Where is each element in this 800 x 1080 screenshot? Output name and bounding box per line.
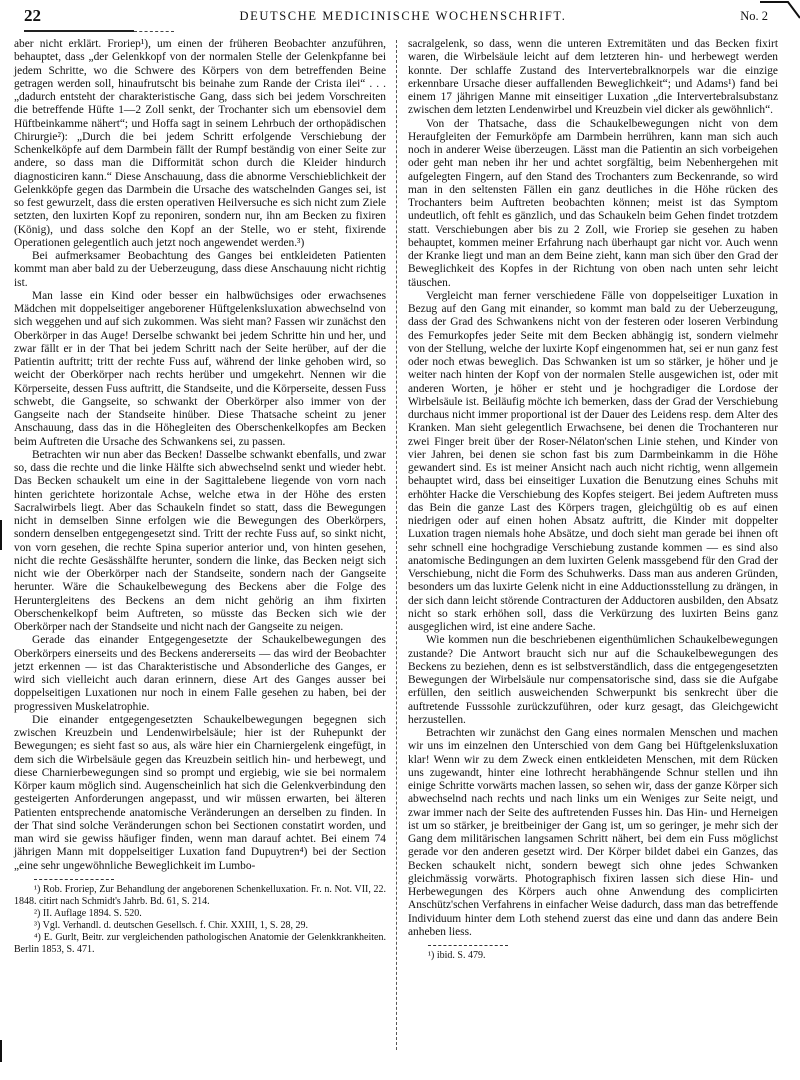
paragraph: Betrachten wir nun aber das Becken! Dass…: [14, 449, 386, 635]
scan-edge-mark: [0, 520, 2, 550]
header-rule: [24, 30, 134, 32]
footnote-rule: [34, 879, 114, 880]
header-rule-dashed: [134, 31, 174, 32]
footnotes: ¹) Rob. Froriep, Zur Behandlung der ange…: [14, 879, 386, 956]
left-column: aber nicht erklärt. Froriep¹), um einen …: [14, 38, 386, 956]
footnote: ³) Vgl. Verhandl. d. deutschen Gesellsch…: [14, 920, 386, 932]
journal-title: DEUTSCHE MEDICINISCHE WOCHENSCHRIFT.: [24, 9, 782, 24]
footnote: ¹) ibid. S. 479.: [408, 950, 778, 962]
folded-corner-icon: [760, 0, 800, 22]
paragraph: Betrachten wir zunächst den Gang eines n…: [408, 727, 778, 939]
paragraph: Wie kommen nun die beschriebenen eigenth…: [408, 634, 778, 727]
paragraph: Gerade das einander Entgegengesetzte der…: [14, 634, 386, 714]
newspaper-page: 22 DEUTSCHE MEDICINISCHE WOCHENSCHRIFT. …: [0, 0, 800, 1080]
paragraph: Von der Thatsache, dass die Schaukelbewe…: [408, 118, 778, 290]
paragraph: Die einander entgegengesetzten Schaukelb…: [14, 714, 386, 873]
paragraph: Bei aufmerksamer Beobachtung des Ganges …: [14, 250, 386, 290]
footnote: ¹) Rob. Froriep, Zur Behandlung der ange…: [14, 884, 386, 908]
footnotes: ¹) ibid. S. 479.: [408, 945, 778, 962]
footnote-rule: [428, 945, 508, 946]
paragraph: Man lasse ein Kind oder besser ein halbw…: [14, 290, 386, 449]
page-header: 22 DEUTSCHE MEDICINISCHE WOCHENSCHRIFT. …: [24, 6, 782, 28]
paragraph: aber nicht erklärt. Froriep¹), um einen …: [14, 38, 386, 250]
column-divider: [396, 40, 397, 1050]
scan-edge-mark: [0, 1040, 2, 1062]
footnote: ²) II. Auflage 1894. S. 520.: [14, 908, 386, 920]
paragraph: Vergleicht man ferner verschiedene Fälle…: [408, 290, 778, 635]
footnote: ⁴) E. Gurlt, Beitr. zur vergleichenden p…: [14, 932, 386, 956]
paragraph: sacralgelenk, so dass, wenn die unteren …: [408, 38, 778, 118]
right-column: sacralgelenk, so dass, wenn die unteren …: [408, 38, 778, 962]
